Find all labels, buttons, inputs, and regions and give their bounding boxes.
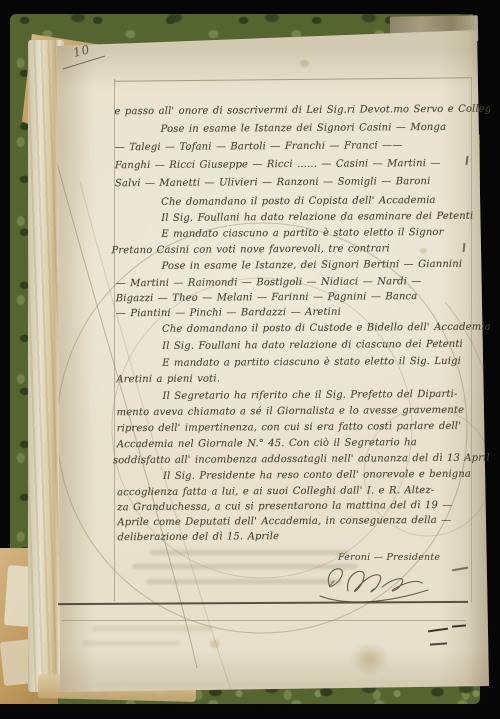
foxing-spot bbox=[420, 248, 427, 254]
manuscript-line: soddisfatto all' incombenza addossatagli… bbox=[113, 453, 496, 467]
manuscript-line: Accademia nel Giornale N.° 45. Con ciò i… bbox=[117, 437, 417, 450]
scan-background-edge bbox=[490, 0, 500, 719]
manuscript-line: deliberazione del dì 15. Aprile bbox=[117, 531, 279, 543]
manuscript-line: za Granduchessa, a cui si presentarono l… bbox=[117, 500, 452, 513]
manuscript-line: Fanghi — Ricci Giuseppe — Ricci ...... —… bbox=[115, 158, 441, 171]
show-through-text bbox=[146, 579, 342, 584]
manuscript-line: Pretano Casini con voti nove favorevoli,… bbox=[111, 243, 389, 256]
manuscript-line: E mandato a partito ciascuno è stato ele… bbox=[162, 356, 461, 369]
manuscript-line: Il Sig. Foullani ha dato relazione di ci… bbox=[162, 339, 463, 352]
manuscript-line: Che domandano il posto di Custode e Bide… bbox=[162, 322, 491, 335]
manuscript-text-block: e passo all' onore di soscrivermi di Lei… bbox=[114, 101, 471, 555]
manuscript-line: Aretini a pieni voti. bbox=[116, 374, 220, 386]
show-through-text bbox=[82, 641, 180, 646]
manuscript-line: Che domandano il posto di Copista dell' … bbox=[161, 195, 436, 208]
manuscript-line: — Piantini — Pinchi — Bardazzi — Aretini bbox=[116, 307, 341, 320]
manuscript-line: Il Sig. Presidente ha reso conto dell' o… bbox=[163, 469, 471, 482]
manuscript-line: ripreso dell' impertinenza, con cui si e… bbox=[117, 421, 461, 434]
manuscript-line: E mandato ciascuno a partito è stato ele… bbox=[161, 227, 443, 240]
manuscript-line: accoglienza fatta a lui, e ai suoi Colle… bbox=[117, 485, 434, 498]
show-through-text bbox=[150, 550, 350, 555]
manuscript-line: Il Sig. Foullani ha dato relazione da es… bbox=[161, 211, 473, 224]
manuscript-line: — Talegi — Tofani — Bartoli — Franchi — … bbox=[115, 140, 403, 153]
paper-stain bbox=[350, 642, 390, 676]
manuscript-line: mento aveva chiamato a sé il Giornalista… bbox=[117, 405, 465, 418]
manuscript-line: Pose in esame le Istanze, dei Signori Be… bbox=[162, 259, 463, 272]
show-through-text bbox=[92, 626, 212, 631]
show-through-text bbox=[132, 564, 358, 569]
manuscript-line: Il Segretario ha riferito che il Sig. Pr… bbox=[162, 389, 457, 402]
manuscript-line: Pose in esame le Istanze dei Signori Cas… bbox=[161, 122, 447, 135]
foxing-spot bbox=[300, 60, 309, 67]
scanned-manuscript: 10 e passo all' onore di soscrivermi di … bbox=[0, 0, 500, 719]
manuscript-line: Salvi — Manetti — Ulivieri — Ranzoni — S… bbox=[115, 176, 431, 189]
closing-pencil-rule bbox=[62, 620, 466, 621]
manuscript-line: Bigazzi — Theo — Melani — Farinni — Pagn… bbox=[116, 291, 418, 304]
manuscript-line: e passo all' onore di soscrivermi di Lei… bbox=[114, 104, 497, 118]
manuscript-line: — Martini — Raimondi — Bostigoli — Nidia… bbox=[116, 276, 422, 289]
foxing-spot bbox=[210, 640, 220, 648]
manuscript-line: Aprile come Deputati dell' Accademia, in… bbox=[117, 515, 451, 528]
